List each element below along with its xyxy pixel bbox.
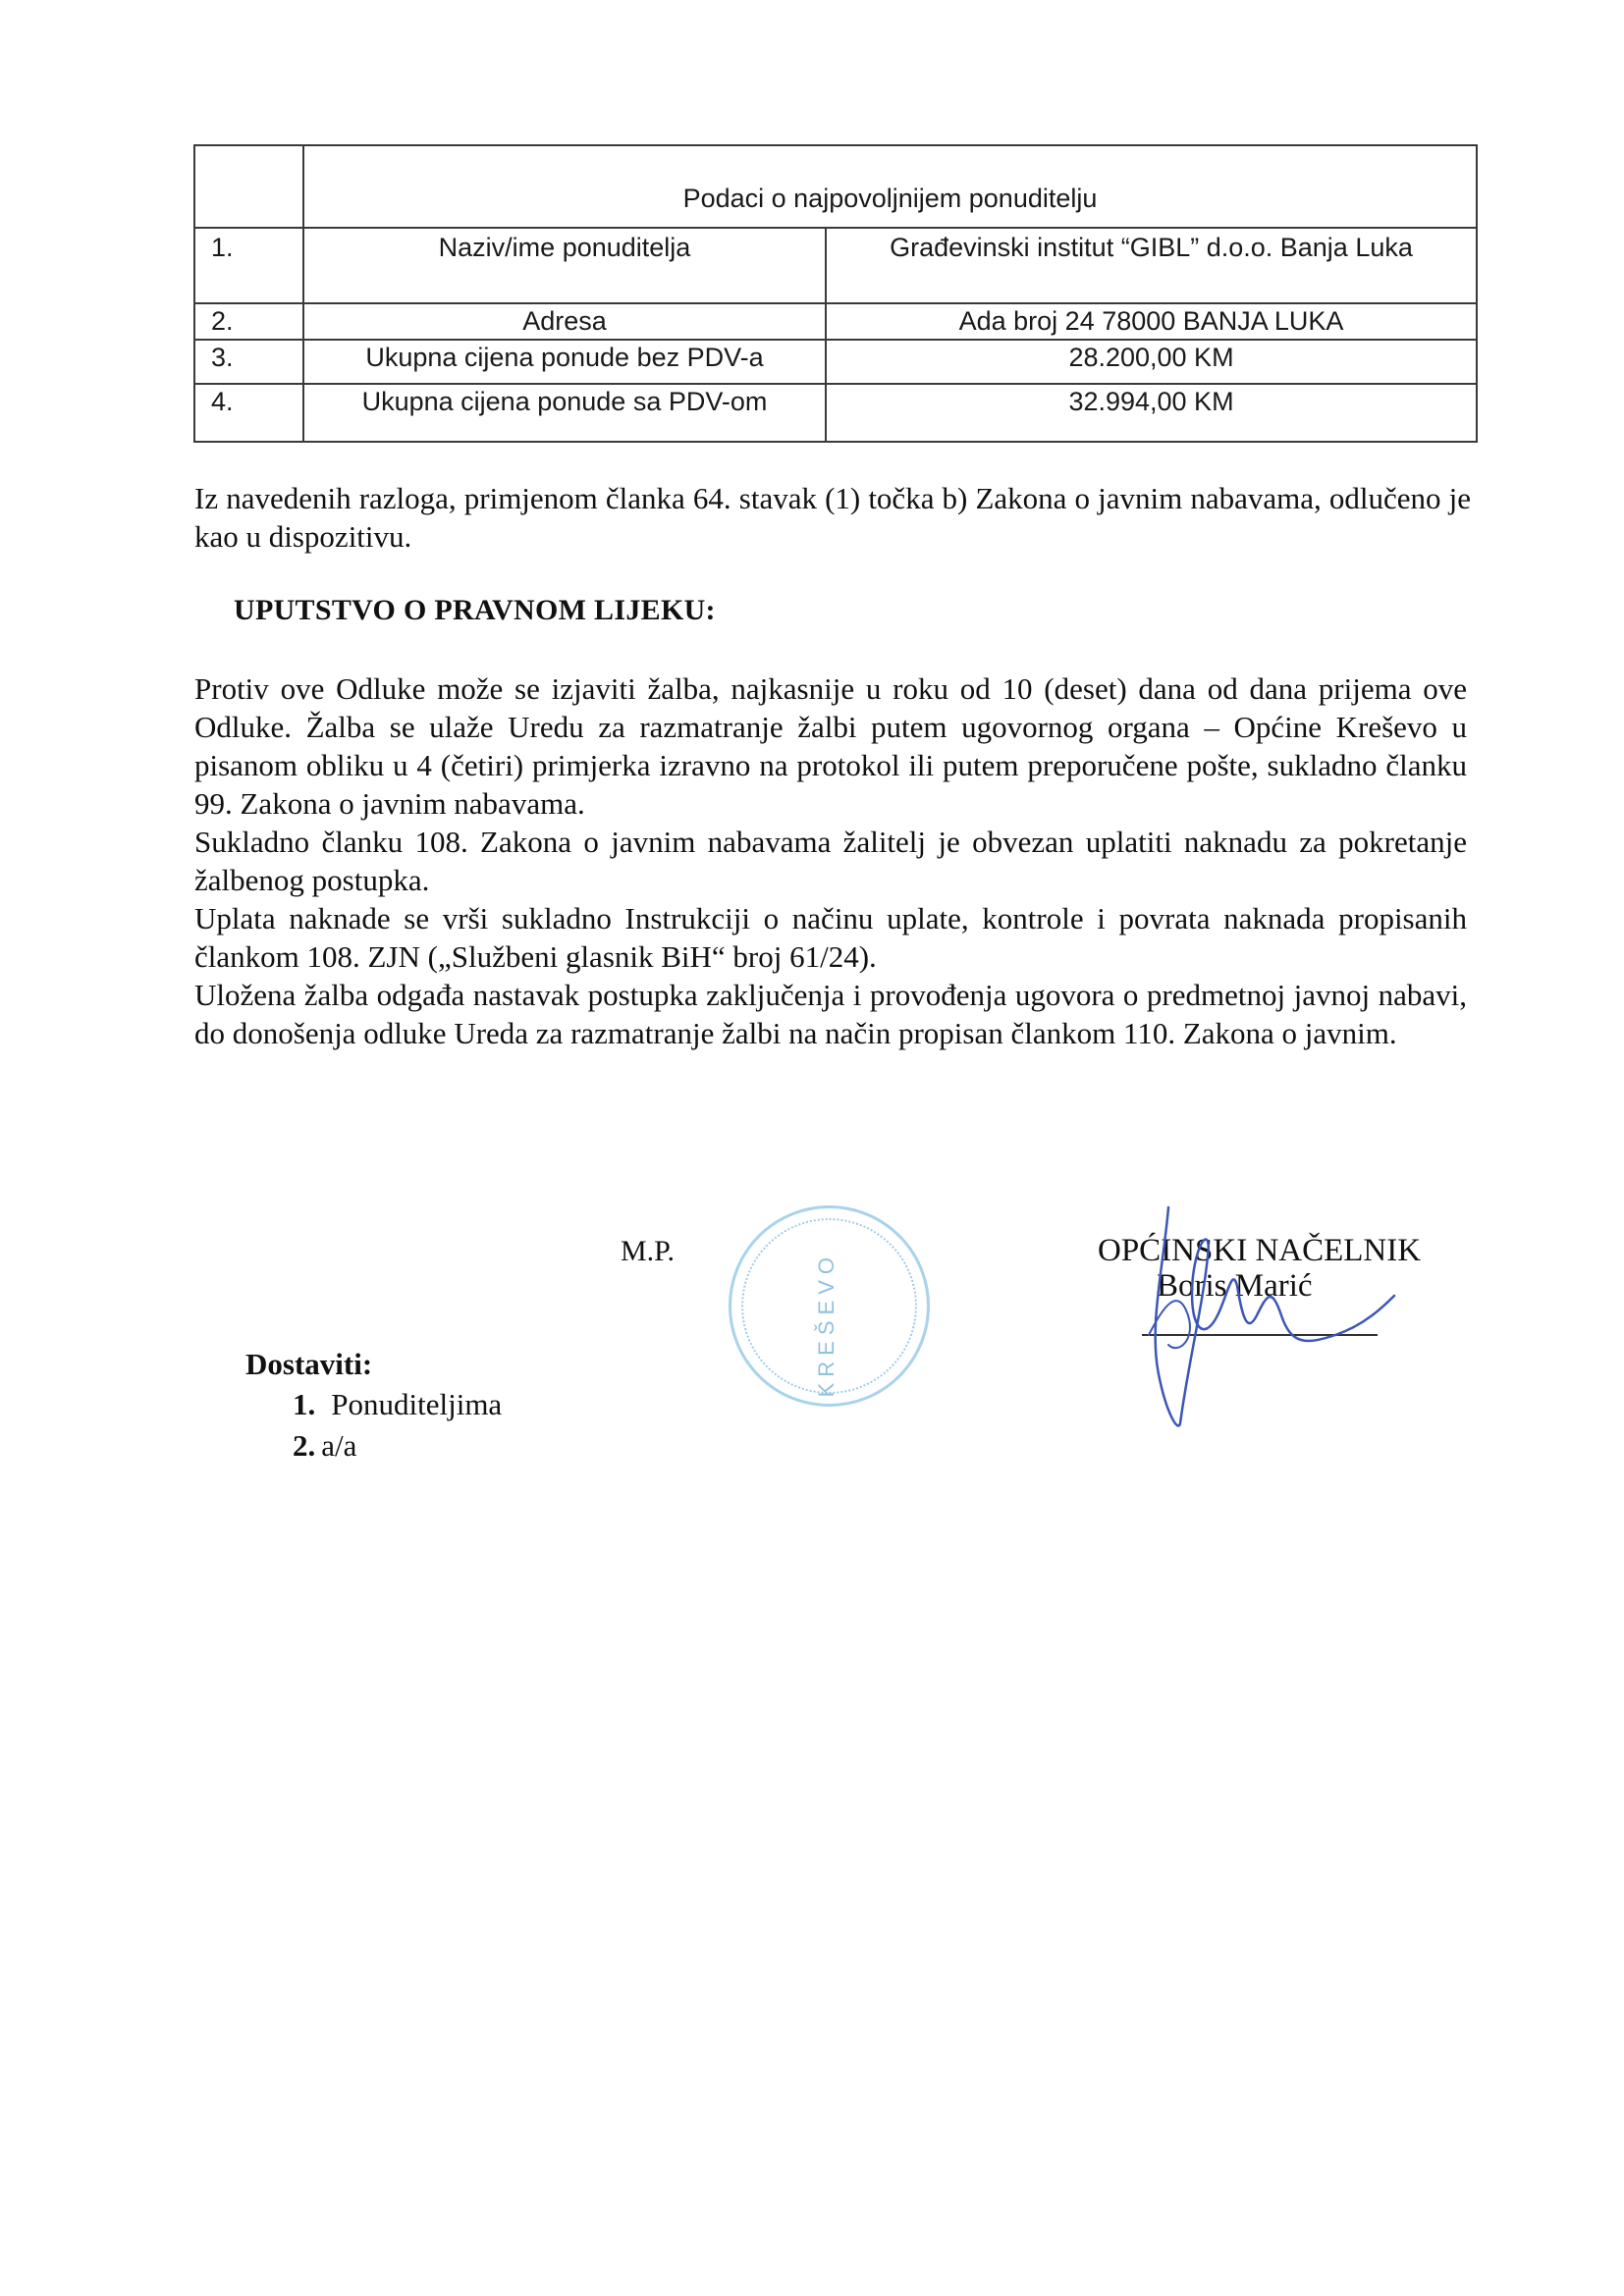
table-header-cell: Podaci o najpovoljnijem ponuditelju [303,145,1477,228]
intro-paragraph: Iz navedenih razloga, primjenom članka 6… [194,479,1471,556]
remedy-paragraph: Sukladno članku 108. Zakona o javnim nab… [194,823,1467,899]
row-number: 1. [194,228,303,303]
row-value: 28.200,00 KM [826,340,1477,384]
row-number: 4. [194,384,303,442]
table-row: 2. Adresa Ada broj 24 78000 BANJA LUKA [194,303,1477,340]
legal-remedy-heading: UPUTSTVO O PRAVNOM LIJEKU: [234,594,716,627]
distribution-item: 1.Ponuditeljima [293,1387,502,1422]
remedy-paragraph: Uplata naknade se vrši sukladno Instrukc… [194,899,1467,976]
row-value: 32.994,00 KM [826,384,1477,442]
row-number: 2. [194,303,303,340]
distribution-item-number: 2. [293,1428,315,1463]
row-value: Ada broj 24 78000 BANJA LUKA [826,303,1477,340]
distribution-item-number: 1. [293,1387,315,1421]
table-header-empty-cell [194,145,303,228]
official-stamp: KREŠEVO [729,1205,930,1407]
row-label: Naziv/ime ponuditelja [303,228,826,303]
stamp-text: KREŠEVO [814,1252,849,1397]
table-row: 3. Ukupna cijena ponude bez PDV-a 28.200… [194,340,1477,384]
table-row: 4. Ukupna cijena ponude sa PDV-om 32.994… [194,384,1477,442]
distribution-item-text: Ponuditeljima [331,1387,502,1421]
table-title: Podaci o najpovoljnijem ponuditelju [304,146,1476,214]
row-label: Ukupna cijena ponude bez PDV-a [303,340,826,384]
row-label: Adresa [303,303,826,340]
table-row: 1. Naziv/ime ponuditelja Građevinski ins… [194,228,1477,303]
remedy-paragraph: Uložena žalba odgađa nastavak postupka z… [194,976,1467,1052]
handwritten-signature-icon [1110,1188,1434,1443]
row-label: Ukupna cijena ponude sa PDV-om [303,384,826,442]
row-value: Građevinski institut “GIBL” d.o.o. Banja… [826,228,1477,303]
seal-placeholder-label: M.P. [621,1235,675,1268]
distribution-item: 2.a/a [293,1428,356,1464]
intro-text: Iz navedenih razloga, primjenom članka 6… [194,479,1471,556]
row-number: 3. [194,340,303,384]
distribution-heading: Dostaviti: [245,1347,372,1382]
best-bidder-table: Podaci o najpovoljnijem ponuditelju 1. N… [193,144,1478,443]
remedy-paragraph: Protiv ove Odluke može se izjaviti žalba… [194,669,1467,823]
legal-remedy-section: Protiv ove Odluke može se izjaviti žalba… [194,669,1467,1052]
table-header-row: Podaci o najpovoljnijem ponuditelju [194,145,1477,228]
distribution-item-text: a/a [321,1428,356,1463]
